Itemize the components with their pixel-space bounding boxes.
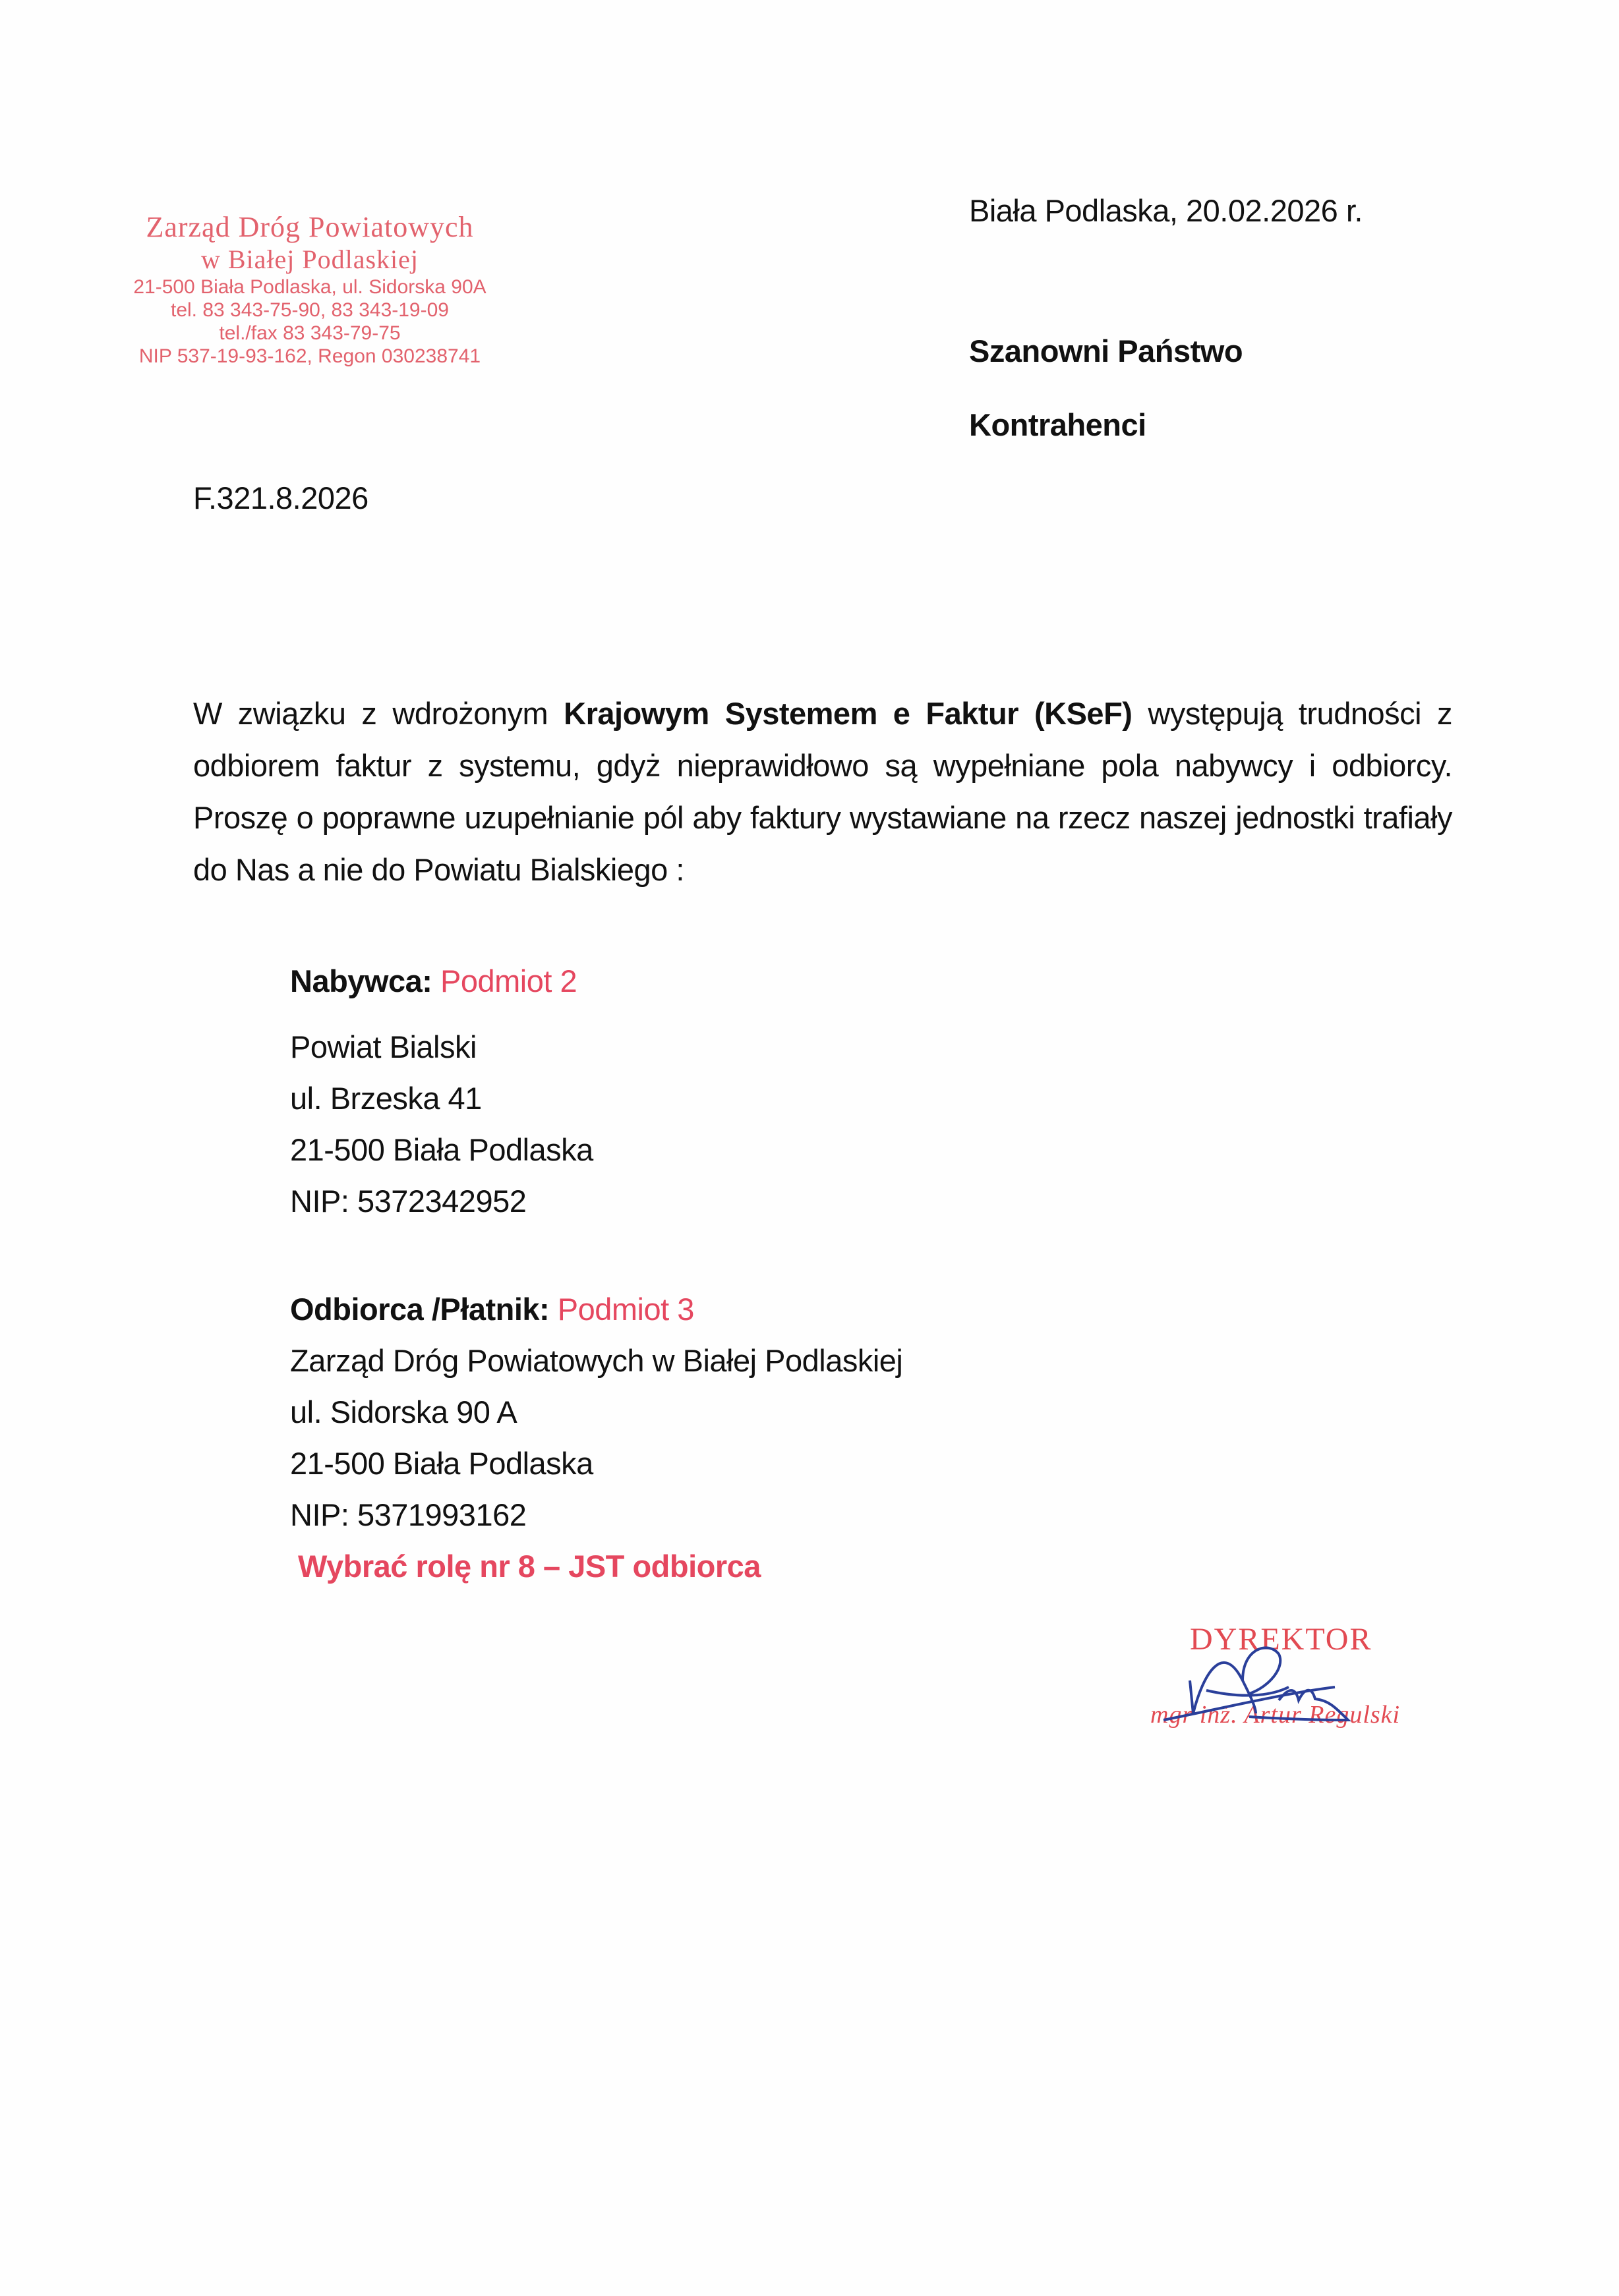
recipient-name: Zarząd Dróg Powiatowych w Białej Podlask… — [290, 1335, 902, 1387]
buyer-name: Powiat Bialski — [290, 1021, 593, 1073]
body-bold-term: Krajowym Systemem e Faktur (KSeF) — [564, 696, 1132, 731]
stamp-fax: tel./fax 83 343-79-75 — [92, 322, 527, 345]
stamp-phone: tel. 83 343-75-90, 83 343-19-09 — [92, 299, 527, 322]
organization-stamp: Zarząd Dróg Powiatowych w Białej Podlask… — [92, 211, 527, 368]
buyer-role: Podmiot 2 — [440, 963, 577, 998]
handwritten-signature-icon — [1150, 1621, 1454, 1753]
body-lead: W związku z wdrożonym — [193, 696, 564, 731]
role-instruction: Wybrać rolę nr 8 – JST odbiorca — [298, 1541, 902, 1592]
recipient-block: Odbiorca /Płatnik: Podmiot 3 Zarząd Dróg… — [290, 1284, 902, 1592]
recipient-role: Podmiot 3 — [558, 1292, 694, 1327]
letter-page: Zarząd Dróg Powiatowych w Białej Podlask… — [0, 0, 1619, 2296]
buyer-street: ul. Brzeska 41 — [290, 1073, 593, 1124]
buyer-heading: Nabywca: Podmiot 2 — [290, 956, 593, 1007]
stamp-subtitle: w Białej Podlaskiej — [92, 244, 527, 275]
salutation-line-2: Kontrahenci — [969, 407, 1146, 444]
reference-number: F.321.8.2026 — [193, 480, 368, 517]
recipient-label: Odbiorca /Płatnik: — [290, 1292, 558, 1327]
recipient-nip: NIP: 5371993162 — [290, 1489, 902, 1541]
recipient-city: 21-500 Biała Podlaska — [290, 1438, 902, 1489]
director-signature: DYREKTOR mgr inż. Artur Regulski — [1150, 1621, 1454, 1753]
buyer-city: 21-500 Biała Podlaska — [290, 1124, 593, 1176]
buyer-label: Nabywca: — [290, 963, 440, 998]
recipient-street: ul. Sidorska 90 A — [290, 1387, 902, 1438]
body-paragraph: W związku z wdrożonym Krajowym Systemem … — [193, 687, 1452, 896]
place-date: Biała Podlaska, 20.02.2026 r. — [969, 192, 1363, 229]
stamp-nip-regon: NIP 537-19-93-162, Regon 030238741 — [92, 345, 527, 368]
buyer-nip: NIP: 5372342952 — [290, 1176, 593, 1227]
stamp-title: Zarząd Dróg Powiatowych — [92, 211, 527, 244]
salutation-line-1: Szanowni Państwo — [969, 333, 1243, 370]
recipient-heading: Odbiorca /Płatnik: Podmiot 3 — [290, 1284, 902, 1335]
buyer-block: Nabywca: Podmiot 2 Powiat Bialski ul. Br… — [290, 956, 593, 1227]
stamp-address: 21-500 Biała Podlaska, ul. Sidorska 90A — [92, 275, 527, 299]
